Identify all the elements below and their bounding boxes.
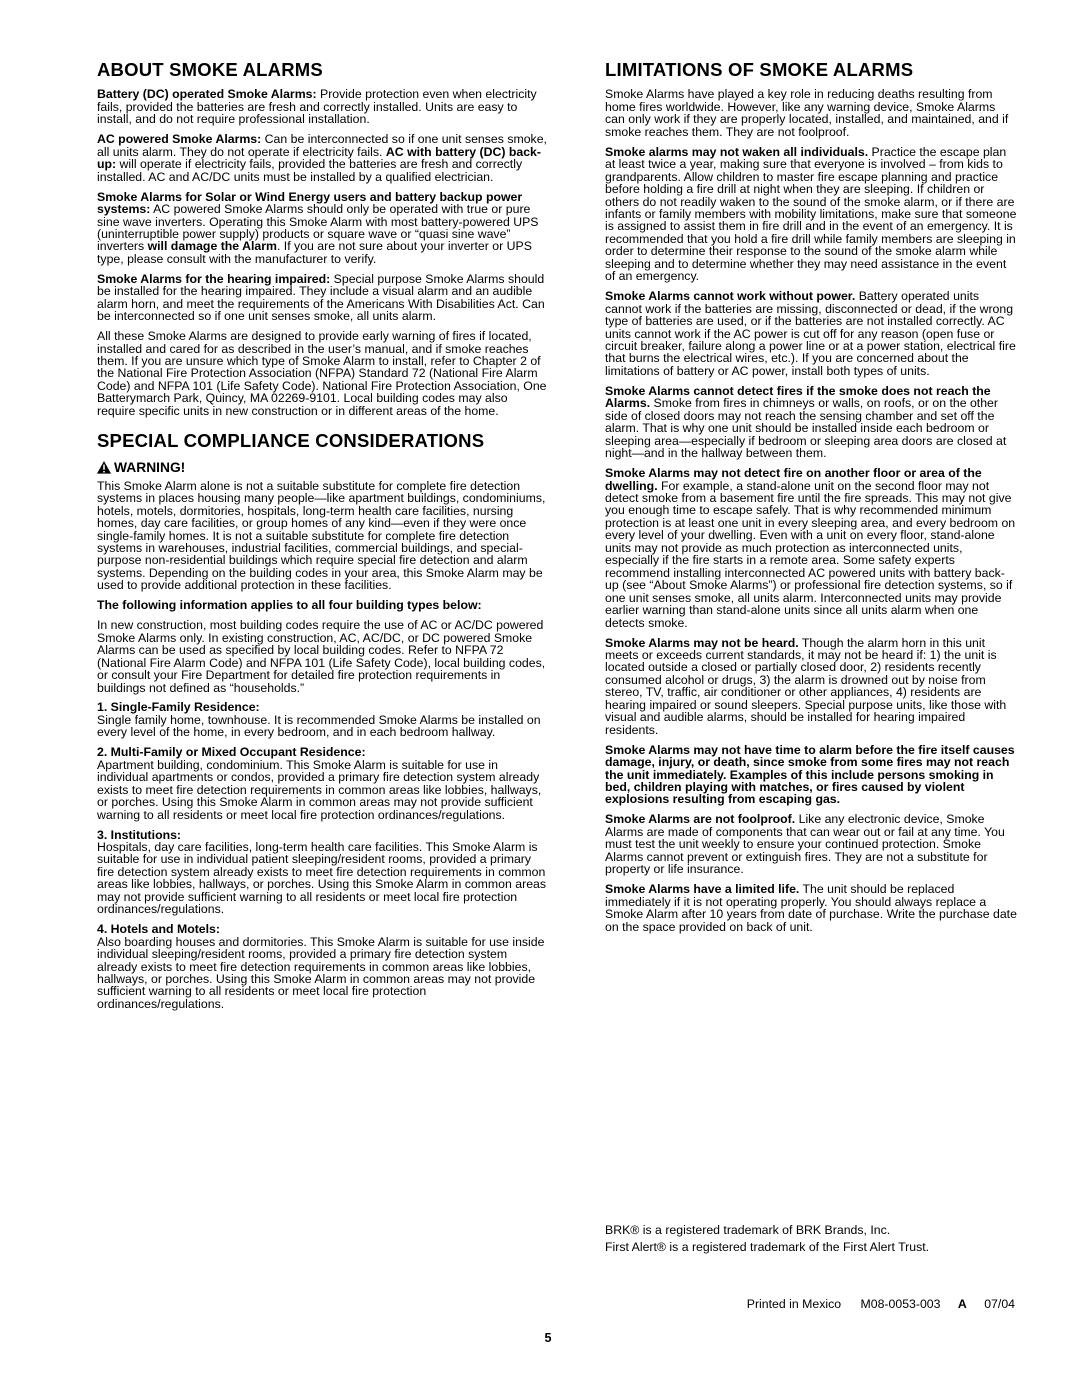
manual-page: ABOUT SMOKE ALARMS Battery (DC) operated… [0, 0, 1080, 1397]
page-number: 5 [0, 1331, 1080, 1345]
bold-text: Smoke Alarms may not have time to alarm … [605, 743, 1015, 807]
paragraph: Battery (DC) operated Smoke Alarms: Prov… [97, 88, 549, 125]
body-text: In new construction, most building codes… [97, 618, 545, 694]
section-heading-about: ABOUT SMOKE ALARMS [97, 60, 549, 79]
revision-letter: A [958, 1297, 967, 1311]
body-text: Also boarding houses and dormitories. Th… [97, 935, 544, 1011]
body-text: Battery operated units cannot work if th… [605, 289, 1016, 378]
body-text: Single family home, townhouse. It is rec… [97, 713, 541, 739]
printed-in-text: Printed in Mexico [747, 1297, 841, 1311]
paragraph: Smoke Alarms have a limited life. The un… [605, 883, 1017, 933]
numbered-item: 1. Single-Family Residence:Single family… [97, 701, 549, 738]
warning-icon [97, 461, 111, 474]
date-code: 07/04 [984, 1297, 1015, 1311]
section-limitations: LIMITATIONS OF SMOKE ALARMS Smoke Alarms… [605, 60, 1017, 933]
section-body: This Smoke Alarm alone is not a suitable… [97, 480, 549, 1011]
section-special-compliance: SPECIAL COMPLIANCE CONSIDERATIONS WARNIN… [97, 431, 549, 1010]
paragraph: Smoke Alarms may not detect fire on anot… [605, 467, 1017, 629]
section-heading-special-compliance: SPECIAL COMPLIANCE CONSIDERATIONS [97, 431, 549, 450]
paragraph: Smoke alarms may not waken all individua… [605, 146, 1017, 283]
warning-label: WARNING! [114, 460, 185, 475]
body-text: Practice the escape plan at least twice … [605, 145, 1016, 284]
paragraph: The following information applies to all… [97, 599, 549, 611]
trademark-line-first-alert: First Alert® is a registered trademark o… [605, 1239, 929, 1256]
paragraph: Smoke Alarms may not be heard. Though th… [605, 637, 1017, 737]
body-text: All these Smoke Alarms are designed to p… [97, 329, 547, 418]
paragraph: Smoke Alarms for the hearing impaired: S… [97, 273, 549, 323]
print-info: Printed in Mexico M08-0053-003 A 07/04 [605, 1297, 1015, 1311]
body-text: Though the alarm horn in this unit meets… [605, 636, 1006, 737]
right-column: LIMITATIONS OF SMOKE ALARMS Smoke Alarms… [605, 60, 1017, 940]
numbered-item: 2. Multi-Family or Mixed Occupant Reside… [97, 746, 549, 821]
trademark-line-brk: BRK® is a registered trademark of BRK Br… [605, 1222, 929, 1239]
body-text: Smoke Alarms have played a key role in r… [605, 87, 1008, 138]
body-text: For example, a stand-alone unit on the s… [605, 479, 1015, 630]
paragraph: Smoke Alarms cannot detect fires if the … [605, 385, 1017, 460]
section-about-smoke-alarms: ABOUT SMOKE ALARMS Battery (DC) operated… [97, 60, 549, 417]
paragraph: Smoke Alarms cannot work without power. … [605, 290, 1017, 377]
numbered-item: 4. Hotels and Motels:Also boarding house… [97, 923, 549, 1010]
paragraph: Smoke Alarms may not have time to alarm … [605, 744, 1017, 806]
paragraph: Smoke Alarms for Solar or Wind Energy us… [97, 191, 549, 266]
section-heading-limitations: LIMITATIONS OF SMOKE ALARMS [605, 60, 1017, 79]
paragraph: This Smoke Alarm alone is not a suitable… [97, 480, 549, 592]
paragraph: Smoke Alarms have played a key role in r… [605, 88, 1017, 138]
paragraph: Smoke Alarms are not foolproof. Like any… [605, 813, 1017, 875]
paragraph: In new construction, most building codes… [97, 619, 549, 694]
body-text: Hospitals, day care facilities, long-ter… [97, 840, 546, 916]
section-body: Smoke Alarms have played a key role in r… [605, 88, 1017, 933]
paragraph: AC powered Smoke Alarms: Can be intercon… [97, 133, 549, 183]
numbered-item: 3. Institutions:Hospitals, day care faci… [97, 829, 549, 916]
trademark-notices: BRK® is a registered trademark of BRK Br… [605, 1222, 929, 1255]
body-text: Smoke from fires in chimneys or walls, o… [605, 396, 1006, 460]
left-column: ABOUT SMOKE ALARMS Battery (DC) operated… [97, 60, 549, 1018]
body-text: This Smoke Alarm alone is not a suitable… [97, 479, 545, 593]
bold-text: The following information applies to all… [97, 598, 482, 612]
body-text: Apartment building, condominium. This Sm… [97, 758, 541, 822]
section-body: Battery (DC) operated Smoke Alarms: Prov… [97, 88, 549, 417]
warning-heading: WARNING! [97, 460, 549, 475]
paragraph: All these Smoke Alarms are designed to p… [97, 330, 549, 417]
part-number: M08-0053-003 [861, 1297, 941, 1311]
body-text: will operate if electricity fails, provi… [97, 157, 522, 183]
